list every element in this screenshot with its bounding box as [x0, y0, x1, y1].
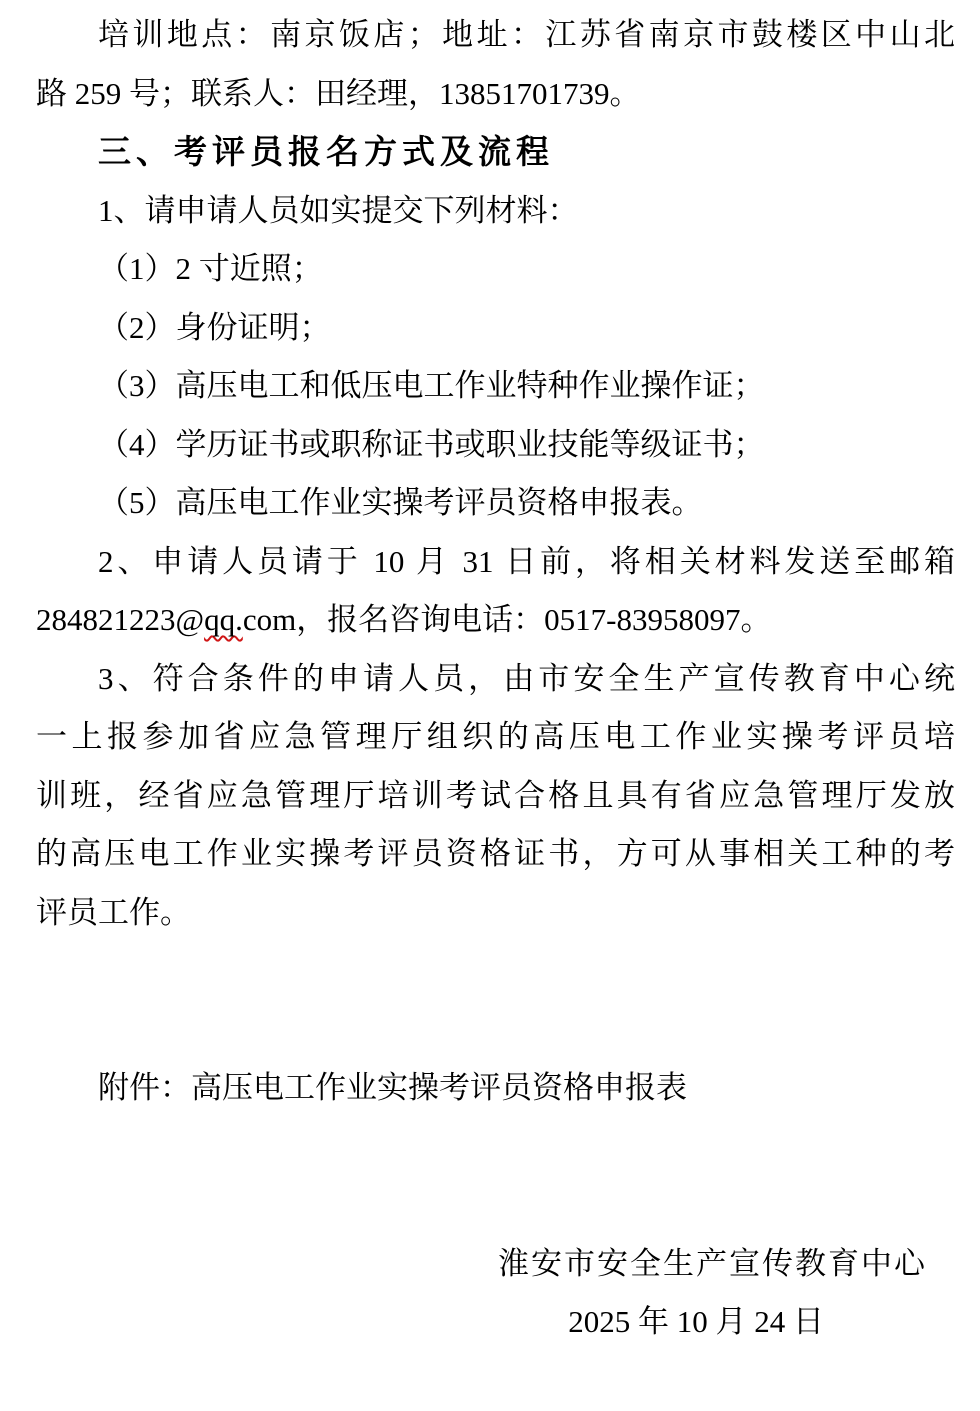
step3-line-1: 3、符合条件的申请人员，由市安全生产宣传教育中心统: [36, 650, 955, 709]
step3-line-3: 训班，经省应急管理厅培训考试合格且具有省应急管理厅发放: [36, 767, 955, 826]
material-item-1: （1）2 寸近照；: [36, 240, 955, 299]
step1-intro: 1、请申请人员如实提交下列材料：: [36, 182, 955, 241]
phone-contact-text: ，报名咨询电话：0517-83958097。: [296, 602, 771, 637]
signature-date: 2025 年 10 月 24 日: [36, 1293, 955, 1352]
step2-line-1: 2、申请人员请于 10 月 31 日前，将相关材料发送至邮箱: [36, 533, 955, 592]
material-item-3: （3）高压电工和低压电工作业特种作业操作证；: [36, 357, 955, 416]
step3-line-5: 评员工作。: [36, 884, 955, 943]
material-item-2: （2）身份证明；: [36, 299, 955, 358]
material-item-5: （5）高压电工作业实操考评员资格申报表。: [36, 474, 955, 533]
location-paragraph-line-2: 路 259 号；联系人：田经理，13851701739。: [36, 65, 955, 124]
document-body: 培训地点：南京饭店；地址：江苏省南京市鼓楼区中山北 路 259 号；联系人：田经…: [36, 0, 955, 1352]
document-page: 培训地点：南京饭店；地址：江苏省南京市鼓楼区中山北 路 259 号；联系人：田经…: [0, 0, 980, 1411]
section-heading: 三、考评员报名方式及流程: [36, 123, 955, 182]
step2-line-2: 284821223@qq.com，报名咨询电话：0517-83958097。: [36, 591, 955, 650]
material-item-4: （4）学历证书或职称证书或职业技能等级证书；: [36, 416, 955, 475]
email-domain-rest: com: [243, 602, 296, 637]
email-domain-spellcheck-flagged: qq.: [204, 602, 243, 637]
step3-line-2: 一上报参加省应急管理厅组织的高压电工作业实操考评员培: [36, 708, 955, 767]
email-address-prefix: 284821223@: [36, 602, 204, 637]
attachment-line: 附件：高压电工作业实操考评员资格申报表: [36, 1059, 955, 1118]
step3-line-4: 的高压电工作业实操考评员资格证书，方可从事相关工种的考: [36, 825, 955, 884]
location-paragraph-line-1: 培训地点：南京饭店；地址：江苏省南京市鼓楼区中山北: [36, 6, 955, 65]
signature-organization: 淮安市安全生产宣传教育中心: [36, 1235, 955, 1294]
